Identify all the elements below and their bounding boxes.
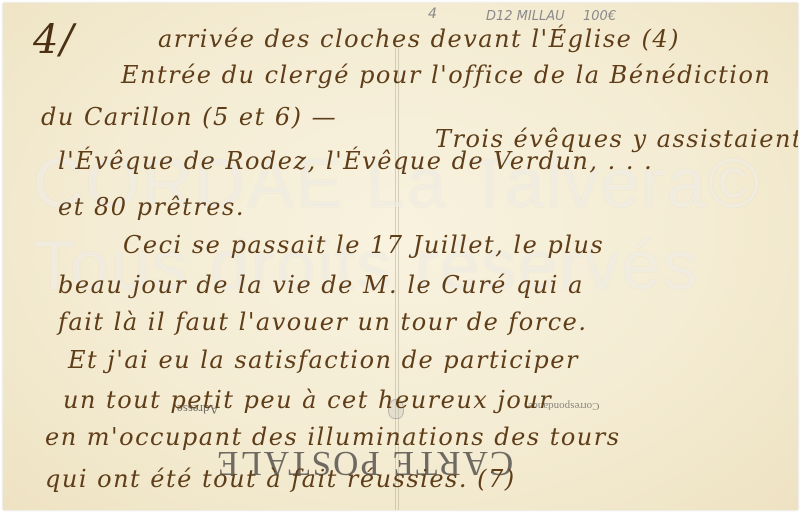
pencil-reference: D12 MILLAU [486, 9, 565, 24]
handwritten-line-12: en m'occupant des illuminations des tour… [45, 423, 621, 451]
pencil-price: 100€ [583, 9, 616, 24]
handwritten-line-5: l'Évêque de Rodez, l'Évêque de Verdun, .… [58, 147, 653, 175]
handwritten-line-13: qui ont été tout à fait réussies. (7) [45, 465, 516, 493]
handwritten-line-1: arrivée des cloches devant l'Église (4) [158, 25, 680, 53]
handwritten-line-6: et 80 prêtres. [58, 193, 245, 221]
postcard: CORDAE La Talvera© Tous droits réservés … [3, 3, 798, 510]
handwritten-line-2: Entrée du clergé pour l'office de la Bén… [121, 61, 771, 89]
pencil-number: 4 [428, 6, 437, 22]
handwritten-line-7: Ceci se passait le 17 Juillet, le plus [123, 231, 604, 259]
handwritten-line-10: Et j'ai eu la satisfaction de participer [68, 346, 579, 374]
handwritten-line-11: un tout petit peu à cet heureux jour [63, 386, 552, 414]
handwritten-line-8: beau jour de la vie de M. le Curé qui a [58, 271, 584, 299]
handwritten-line-9: fait là il faut l'avouer un tour de forc… [58, 308, 587, 336]
handwritten-line-3: du Carillon (5 et 6) — [41, 103, 337, 131]
item-number: 4/ [33, 17, 75, 63]
